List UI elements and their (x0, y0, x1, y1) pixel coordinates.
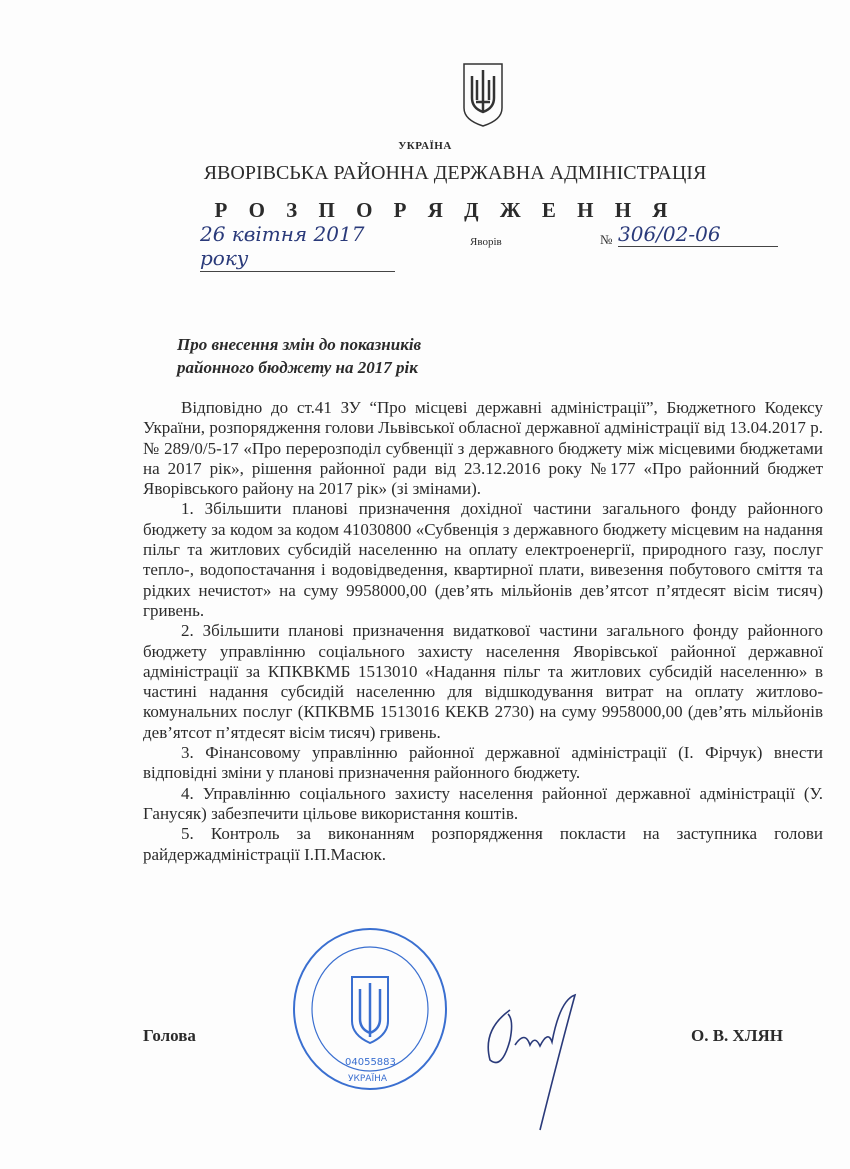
document-number: 306/02-06 (618, 222, 778, 247)
official-stamp-icon: 04055883 УКРАЇНА (290, 925, 450, 1093)
document-subject: Про внесення змін до показників районног… (177, 333, 421, 379)
stamp-country: УКРАЇНА (348, 1073, 388, 1084)
stamp-code: 04055883 (345, 1057, 396, 1068)
subject-line-1: Про внесення змін до показників (177, 333, 421, 356)
item-5: 5. Контроль за виконанням розпорядження … (143, 824, 823, 865)
document-city: Яворів (470, 236, 502, 248)
document-body: Відповідно до ст.41 ЗУ “Про місцеві держ… (143, 398, 823, 865)
country-title: УКРАЇНА (0, 140, 850, 152)
subject-line-2: районного бюджету на 2017 рік (177, 356, 421, 379)
item-2: 2. Збільшити планові призначення видатко… (143, 621, 823, 743)
item-3: 3. Фінансовому управлінню районної держа… (143, 743, 823, 784)
document-type: Р О З П О Р Я Д Ж Е Н Н Я (0, 198, 850, 223)
preamble-paragraph: Відповідно до ст.41 ЗУ “Про місцеві держ… (143, 398, 823, 499)
signer-title: Голова (143, 1026, 196, 1046)
organization-title: ЯВОРІВСЬКА РАЙОННА ДЕРЖАВНА АДМІНІСТРАЦІ… (0, 162, 850, 185)
item-1: 1. Збільшити планові призначення дохідно… (143, 499, 823, 621)
item-4: 4. Управлінню соціального захисту населе… (143, 784, 823, 825)
signer-name: О. В. ХЛЯН (691, 1026, 783, 1046)
signature-icon (480, 990, 590, 1140)
document-date: 26 квітня 2017 року (200, 222, 395, 272)
number-label: № (600, 232, 612, 248)
document-page: УКРАЇНА ЯВОРІВСЬКА РАЙОННА ДЕРЖАВНА АДМІ… (0, 0, 850, 1169)
coat-of-arms-icon (462, 62, 504, 128)
